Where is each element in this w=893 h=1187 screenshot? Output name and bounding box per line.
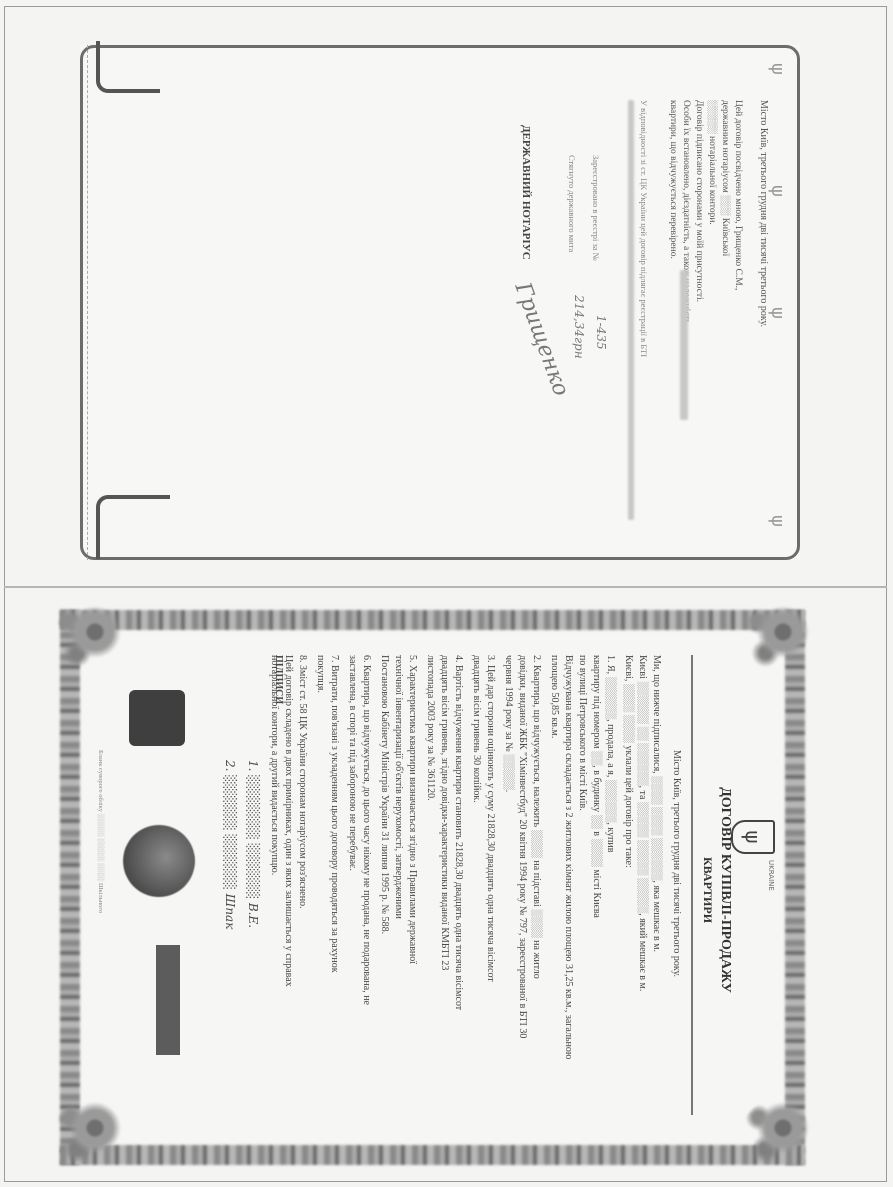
title-divider	[691, 655, 693, 1115]
contract-paragraph-line: Постановою Кабінету Міністрів України 31…	[377, 655, 391, 934]
serial-number-stamp	[156, 945, 180, 1055]
contract-paragraph-line: 5. Характеристика квартири визначається …	[405, 655, 419, 964]
decorative-border-right	[60, 1145, 805, 1165]
contract-paragraph-line: покупця.	[313, 655, 327, 693]
notary-title: ДЕРЖАВНИЙ НОТАРІУС	[519, 125, 532, 260]
contract-paragraph-line: червня 1994 року за № ░░░░░.	[501, 655, 515, 792]
floral-corner-ornament	[53, 604, 123, 674]
contract-paragraph-line: Ми, що нижче підписалися, ░░░░ ░░░░ ░░░░…	[649, 655, 663, 952]
signature-line-1: 1. ░░░░░░░ ░░░░░░ В.Е.	[246, 760, 260, 928]
registry-label: Зареєстровано в реєстрі за №	[589, 155, 602, 261]
contract-city-date: Місто Київ, третього грудня дві тисячі т…	[669, 750, 683, 977]
certification-line: ░░░░░ нотаріальної контори.	[705, 100, 718, 225]
decorative-border-top	[785, 610, 805, 1165]
redaction-block	[628, 100, 634, 520]
contract-paragraph-line: 6. Квартира, що відчужується, до цього ч…	[359, 655, 373, 1005]
trident-watermark-icon: ψ	[767, 515, 788, 527]
corner-bracket-bl	[96, 41, 160, 93]
signature-line-2: 2. ░░░░░░ ░░░░░░ Шпак	[223, 760, 237, 929]
contract-paragraph-line: двадцять вісім гривень 30 копійок.	[469, 655, 483, 803]
contract-subtitle: КВАРТИРИ	[700, 760, 715, 1020]
corner-bracket-br	[96, 495, 170, 559]
contract-paragraph-line: Цей договір складено в двох примірниках,…	[281, 655, 295, 987]
contract-title: ДОГОВІР КУПІВЛІ-ПРОДАЖУ	[717, 760, 733, 1020]
redaction-block	[680, 270, 688, 420]
trident-watermark-icon: ψ	[767, 185, 788, 197]
contract-paragraph-line: двадцять вісім гривень, згідно довідки-х…	[437, 655, 451, 970]
contract-paragraph-line: довідки, виданої ЖБК "Хімінвестбуд" 20 к…	[515, 655, 529, 1038]
contract-paragraph-line: заставлена, в спорі та під забороною не …	[345, 655, 359, 871]
contract-paragraph-line: 2. Квартира, що відчужується, належить ░…	[529, 655, 543, 979]
decorative-border-bottom	[60, 610, 80, 1165]
certification-line: Договір підписано сторонами у моїй прису…	[692, 100, 705, 302]
blank-form-fine-print: Бланк суворого обліку ░░░░░ ░░░░░ ░░░░ Ш…	[93, 750, 107, 913]
contract-paragraph-line: Києві, ░░░░ ░░░░ уклали цей договір про …	[621, 655, 635, 868]
contract-paragraph-line: технічної інвентаризації об'єктів нерухо…	[391, 655, 405, 919]
contract-paragraph-line: по вулиці Петровського в місті Київ.	[575, 655, 589, 811]
contract-paragraph-line: 3. Цей дар сторони оцінюють у суму 21828…	[483, 655, 497, 982]
contract-paragraph-line: 1. Я, ░░░░░░, продала, а я, ░░░░░░, купи…	[603, 655, 617, 852]
certification-line: Цей договір посвідчено мною, Грищенко С.…	[731, 100, 744, 290]
hologram-sticker	[129, 690, 185, 746]
certification-line: державним нотаріусом ░░░ Київської	[718, 100, 731, 256]
decorative-border-left	[60, 610, 805, 630]
trident-emblem-icon: ψ	[731, 820, 775, 854]
contract-page: ψ UKRAINE ДОГОВІР КУПІВЛІ-ПРОДАЖУ КВАРТИ…	[60, 610, 805, 1165]
contract-paragraph-line: 4. Вартість відчуження квартири становит…	[451, 655, 465, 1010]
contract-paragraph-line: 8. Зміст ст. 58 ЦК України сторонам нота…	[295, 655, 309, 909]
law-reference: У відповідності зі ст. ЦК України цей до…	[637, 100, 650, 357]
registry-number: 1-435	[594, 315, 608, 350]
scan-artifact-line	[86, 45, 88, 560]
contract-paragraph-line: площею 50,85 кв.м.	[547, 655, 561, 738]
contract-paragraph-line: 7. Витрати, пов'язані з укладенням цього…	[327, 655, 341, 973]
contract-paragraph-line: листопада 2003 року за № 361120.	[423, 655, 437, 801]
contract-paragraph-line: Києві ░░░░░░ ░░ ░░░░░░, та ░░░░░ ░░░░░ ░…	[635, 655, 649, 991]
emblem-caption: UKRAINE	[767, 860, 775, 891]
notary-page: ψ ψ ψ ψ Місто Київ, третього грудня дві …	[80, 45, 800, 560]
fee-value: 214,34грн	[572, 295, 586, 359]
floral-corner-ornament	[741, 1100, 811, 1170]
floral-corner-ornament	[741, 604, 811, 674]
certification-line: квартири, що відчужується перевірено.	[666, 100, 679, 259]
floral-corner-ornament	[53, 1100, 123, 1170]
signatures-heading: ПІДПИСИ	[271, 655, 285, 704]
contract-paragraph-line: квартиру під номером ░░, в будинку ░░ в …	[589, 655, 603, 918]
trident-watermark-icon: ψ	[767, 63, 788, 75]
contract-paragraph-line: Відчужувана квартира складається з 2 жит…	[561, 655, 575, 1059]
notary-seal	[123, 825, 195, 897]
page-fold-line	[4, 586, 887, 588]
fee-label: Стягнуто державного мита	[565, 155, 578, 252]
trident-watermark-icon: ψ	[767, 307, 788, 319]
notary-city-date: Місто Київ, третього грудня дві тисячі т…	[757, 100, 770, 327]
